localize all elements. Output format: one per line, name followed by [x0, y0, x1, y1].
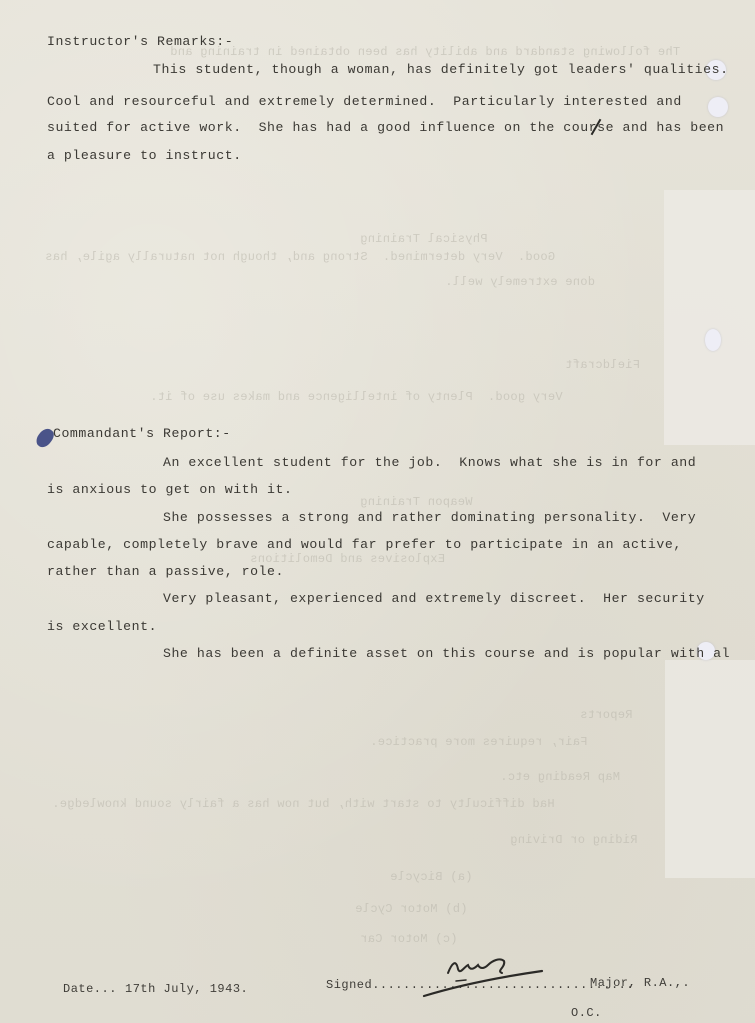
- commandant-report-line: is anxious to get on with it.: [47, 482, 292, 498]
- handwritten-signature: [420, 945, 550, 1000]
- bleed-through-text: Map Reading etc.: [500, 770, 620, 784]
- commandant-report-line: Very pleasant, experienced and extremely…: [163, 591, 705, 607]
- bleed-through-text: Physical Training: [360, 232, 488, 246]
- commandant-report-line: rather than a passive, role.: [47, 564, 284, 580]
- instructor-remarks-line: Cool and resourceful and extremely deter…: [47, 94, 682, 110]
- bleed-through-text: The following standard and ability has b…: [170, 45, 680, 59]
- bleed-through-text: (b) Motor Cycle: [355, 902, 468, 916]
- bleed-through-text: Fieldcraft: [565, 358, 640, 372]
- rank-text: Major, R.A.,.: [590, 976, 690, 990]
- punch-hole: [705, 329, 721, 351]
- paper-overlay-patch: [664, 190, 755, 445]
- bleed-through-text: Weapon Training: [360, 495, 473, 509]
- paper-overlay-patch: [665, 660, 755, 878]
- bleed-through-text: Very good. Plenty of intelligence and ma…: [150, 390, 563, 404]
- date-label: Date...: [63, 982, 117, 996]
- commandant-report-heading: Commandant's Report:-: [53, 426, 231, 442]
- bleed-through-text: Had difficulty to start with, but now ha…: [52, 797, 555, 811]
- bleed-through-text: Fair, requires more practice.: [370, 735, 588, 749]
- bleed-through-text: done extremely well.: [445, 275, 595, 289]
- bleed-through-text: (c) Motor Car: [360, 932, 458, 946]
- commandant-report-line: She possesses a strong and rather domina…: [163, 510, 696, 526]
- instructor-remarks-line: suited for active work. She has had a go…: [47, 120, 724, 136]
- instructor-remarks-line: a pleasure to instruct.: [47, 148, 242, 164]
- punch-hole: [708, 97, 728, 117]
- commandant-report-line: is excellent.: [47, 619, 157, 635]
- bleed-through-text: Riding or Driving: [510, 833, 638, 847]
- document-page: The following standard and ability has b…: [0, 0, 755, 1023]
- instructor-remarks-line: This student, though a woman, has defini…: [153, 62, 729, 78]
- date-value: 17th July, 1943.: [125, 982, 248, 996]
- commandant-report-line: She has been a definite asset on this co…: [163, 646, 730, 662]
- bleed-through-text: (a) Bicycle: [390, 870, 473, 884]
- commandant-report-line: capable, completely brave and would far …: [47, 537, 682, 553]
- officer-title: O.C.: [571, 1006, 602, 1020]
- bleed-through-text: Good. Very determined. Strong and, thoug…: [45, 250, 555, 264]
- commandant-report-line: An excellent student for the job. Knows …: [163, 455, 696, 471]
- instructor-remarks-heading: Instructor's Remarks:-: [47, 34, 233, 50]
- bleed-through-text: Reports: [580, 708, 633, 722]
